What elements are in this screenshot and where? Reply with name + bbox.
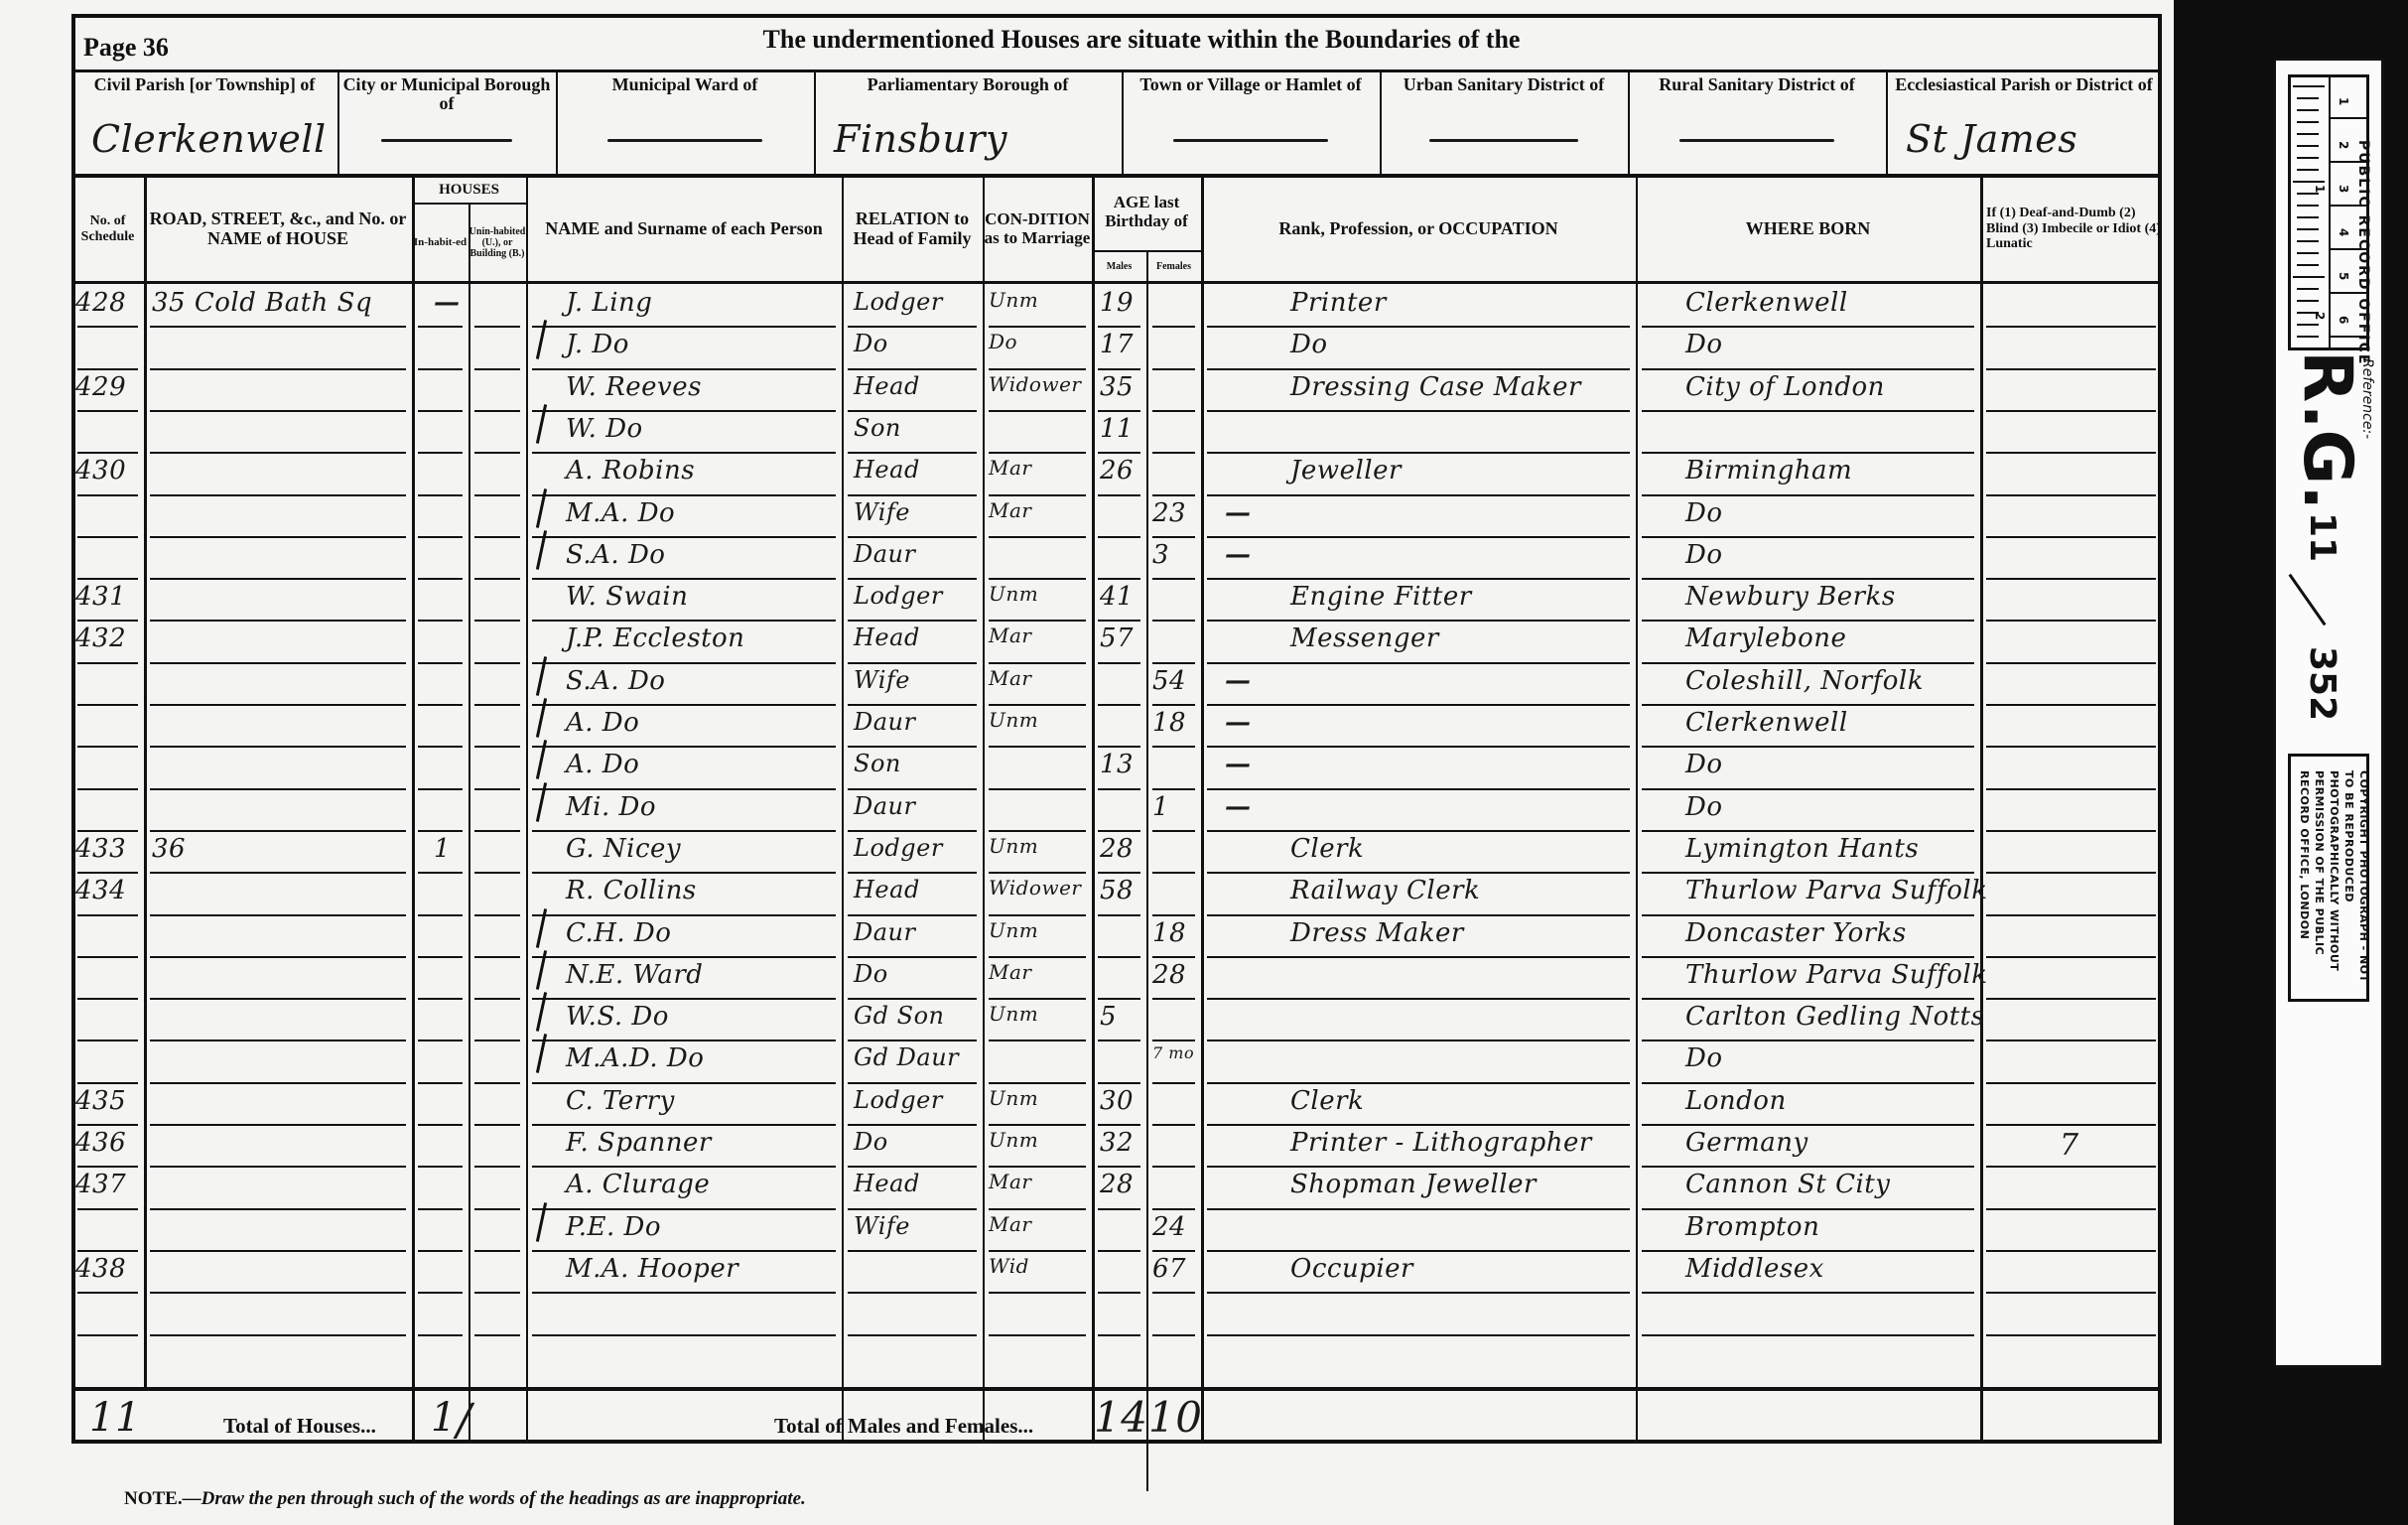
total-females: 10	[1148, 1393, 1202, 1442]
age-male: 26	[1100, 456, 1134, 485]
birthplace: Do	[1685, 1043, 1723, 1073]
occupation: —	[1225, 666, 1252, 696]
marital-condition: Mar	[989, 1170, 1031, 1193]
boundary-value: Finsbury	[834, 117, 1007, 161]
page-title: The undermentioned Houses are situate wi…	[735, 26, 1548, 53]
occupation: Railway Clerk	[1290, 876, 1480, 905]
relation-to-head: Do	[854, 1128, 888, 1156]
office-name: PUBLIC RECORD OFFICE	[2355, 140, 2371, 365]
divider	[814, 71, 816, 175]
person-name: M.A. Hooper	[566, 1254, 738, 1284]
relation-to-head: Son	[854, 750, 901, 777]
marital-condition: Mar	[989, 666, 1031, 690]
ruler-inch-label: 1	[2313, 185, 2327, 193]
relation-to-head: Head	[854, 624, 920, 651]
header-infirmity: If (1) Deaf-and-Dumb (2) Blind (3) Imbec…	[1980, 177, 2162, 281]
boundary-value: —	[381, 139, 512, 142]
marital-condition: Mar	[989, 456, 1031, 480]
marital-condition: Unm	[989, 1086, 1038, 1110]
header-females: Females	[1146, 252, 1201, 280]
boundary-label: Civil Parish [or Township] of	[75, 75, 334, 94]
header-age: AGE last Birthday of	[1092, 177, 1201, 248]
birthplace: London	[1685, 1086, 1787, 1116]
person-name: C.H. Do	[566, 918, 671, 948]
person-name: J. Ling	[566, 288, 652, 318]
age-female: 28	[1152, 960, 1186, 990]
marital-condition: Unm	[989, 582, 1038, 606]
relation-to-head: Head	[854, 372, 920, 400]
marital-condition: Unm	[989, 1128, 1038, 1152]
person-name: A. Clurage	[566, 1170, 710, 1199]
occupation: Occupier	[1290, 1254, 1413, 1284]
divider	[337, 71, 339, 175]
schedule-number: 429	[75, 372, 126, 402]
boundary-value: —	[1173, 139, 1328, 142]
boundary-value: —	[607, 139, 762, 142]
age-male: 41	[1100, 582, 1134, 612]
divider	[1380, 71, 1382, 175]
occupation: Dress Maker	[1290, 918, 1464, 948]
boundary-value: St James	[1906, 117, 2077, 161]
birthplace: Newbury Berks	[1685, 582, 1896, 612]
ruler-tick	[2297, 145, 2319, 147]
schedule-number: 431	[75, 582, 126, 612]
page-label: Page 36	[83, 34, 169, 61]
ruler-tick	[2297, 157, 2319, 159]
age-male: 19	[1100, 288, 1134, 318]
divider	[1122, 71, 1124, 175]
relation-to-head: Gd Daur	[854, 1043, 959, 1071]
person-name: W. Swain	[566, 582, 688, 612]
schedule-number: 430	[75, 456, 126, 485]
relation-to-head: Daur	[854, 792, 915, 820]
inhabited-mark: —	[434, 288, 461, 318]
birthplace: Do	[1685, 330, 1723, 359]
birthplace: Thurlow Parva Suffolk	[1685, 960, 1988, 990]
person-name: S.A. Do	[566, 666, 665, 696]
marital-condition: Unm	[989, 1002, 1038, 1026]
birthplace: Middlesex	[1685, 1254, 1824, 1284]
relation-to-head: Son	[854, 414, 901, 442]
header-relation: RELATION to Head of Family	[842, 177, 983, 281]
ruler-tick	[2297, 216, 2319, 218]
divider	[556, 71, 558, 175]
relation-to-head: Wife	[854, 498, 910, 526]
occupation: Clerk	[1290, 834, 1364, 864]
birthplace: Do	[1685, 498, 1723, 528]
header-males: Males	[1092, 252, 1146, 280]
person-name: Mi. Do	[566, 792, 656, 822]
ruler-inch-label: 2	[2313, 312, 2327, 320]
header-name: NAME and Surname of each Person	[526, 177, 842, 281]
header-condition: CON-DITION as to Marriage	[983, 177, 1092, 281]
ruler-tick	[2297, 97, 2319, 99]
ruler-cm-label: 4	[2337, 228, 2350, 236]
age-male: 17	[1100, 330, 1134, 359]
schedule-number: 435	[75, 1086, 126, 1116]
schedule-number: 428	[75, 288, 126, 318]
age-female: 3	[1152, 540, 1169, 570]
divider	[1886, 71, 1888, 175]
age-male: 28	[1100, 834, 1134, 864]
ruler-tick	[2297, 133, 2319, 135]
birthplace: Germany	[1685, 1128, 1808, 1158]
ruler-tick	[2297, 109, 2319, 111]
schedules-count: 11	[89, 1395, 141, 1441]
birthplace: Thurlow Parva Suffolk	[1685, 876, 1988, 905]
age-male: 30	[1100, 1086, 1134, 1116]
occupation: —	[1225, 540, 1252, 570]
occupation: —	[1225, 498, 1252, 528]
marital-condition: Unm	[989, 288, 1038, 312]
copyright-text: COPYRIGHT PHOTOGRAPH - NOT TO BE REPRODU…	[2297, 770, 2371, 989]
relation-to-head: Do	[854, 960, 888, 988]
ruler-tick	[2297, 205, 2319, 207]
marital-condition: Mar	[989, 1212, 1031, 1236]
occupation: —	[1225, 750, 1252, 779]
divider	[71, 69, 2162, 72]
table-row	[71, 1040, 2162, 1081]
ruler-tick	[2293, 85, 2325, 87]
person-name: N.E. Ward	[566, 960, 703, 990]
ruler-tick	[2297, 300, 2319, 302]
marital-condition: Unm	[989, 708, 1038, 732]
person-name: G. Nicey	[566, 834, 681, 864]
infirmity-mark: 7	[2060, 1128, 2079, 1163]
marital-condition: Unm	[989, 834, 1038, 858]
age-male: 35	[1100, 372, 1134, 402]
total-males: 14	[1094, 1393, 1147, 1442]
birthplace: Birmingham	[1685, 456, 1852, 485]
reference-folio: 352	[2302, 646, 2342, 721]
total-houses-inhabited: 1	[431, 1395, 457, 1441]
age-male: 13	[1100, 750, 1134, 779]
ruler-tick	[2297, 240, 2319, 242]
person-name: A. Do	[566, 708, 639, 738]
slash-mark	[2288, 574, 2326, 626]
marital-condition: Unm	[989, 918, 1038, 942]
person-name: J.P. Eccleston	[566, 624, 744, 653]
occupation: Do	[1290, 330, 1328, 359]
marital-condition: Widower	[989, 372, 1081, 396]
boundary-label: Municipal Ward of	[560, 75, 810, 94]
person-name: C. Terry	[566, 1086, 675, 1116]
relation-to-head: Head	[854, 876, 920, 903]
person-name: F. Spanner	[566, 1128, 712, 1158]
person-name: S.A. Do	[566, 540, 665, 570]
boundary-label: Rural Sanitary District of	[1632, 75, 1882, 94]
table-row	[71, 788, 2162, 830]
relation-to-head: Daur	[854, 540, 915, 568]
header-road: ROAD, STREET, &c., and No. or NAME of HO…	[144, 177, 412, 281]
schedule-number: 434	[75, 876, 126, 905]
footnote-text: Draw the pen through such of the words o…	[201, 1488, 806, 1509]
relation-to-head: Daur	[854, 708, 915, 736]
relation-to-head: Lodger	[854, 1086, 943, 1114]
age-female: 54	[1152, 666, 1186, 696]
birthplace: Doncaster Yorks	[1685, 918, 1907, 948]
ruler-tick	[2293, 276, 2325, 278]
person-name: M.A. Do	[566, 498, 675, 528]
divider	[71, 1387, 2162, 1391]
relation-to-head: Daur	[854, 918, 915, 946]
marital-condition: Do	[989, 330, 1017, 353]
boundary-value: —	[1429, 139, 1578, 142]
table-row	[71, 536, 2162, 578]
ruler-tick	[2297, 288, 2319, 290]
age-female: 24	[1152, 1212, 1186, 1242]
person-name: M.A.D. Do	[566, 1043, 704, 1073]
ruler-tick	[2297, 228, 2319, 230]
occupation: —	[1225, 708, 1252, 738]
relation-to-head: Head	[854, 1170, 920, 1197]
age-female: 1	[1152, 792, 1169, 822]
person-name: A. Do	[566, 750, 639, 779]
header-schedule: No. of Schedule	[71, 177, 144, 281]
occupation: Shopman Jeweller	[1290, 1170, 1537, 1199]
occupation: Printer - Lithographer	[1290, 1128, 1592, 1158]
age-female: 23	[1152, 498, 1186, 528]
person-name: J. Do	[566, 330, 629, 359]
marital-condition: Wid	[989, 1254, 1029, 1278]
table-row	[71, 704, 2162, 746]
occupation: Dressing Case Maker	[1290, 372, 1581, 402]
age-male: 32	[1100, 1128, 1134, 1158]
age-female: 18	[1152, 918, 1186, 948]
ruler-tick	[2297, 169, 2319, 171]
total-persons-label: Total of Males and Females...	[774, 1415, 1033, 1437]
relation-to-head: Do	[854, 330, 888, 357]
schedule-number: 437	[75, 1170, 126, 1199]
person-name: P.E. Do	[566, 1212, 661, 1242]
ruler-cm-label: 3	[2337, 185, 2350, 193]
table-row	[71, 1250, 2162, 1292]
ruler-cm-label: 6	[2337, 316, 2350, 324]
person-name: A. Robins	[566, 456, 695, 485]
header-uninhabited: Unin-habited (U.), or Building (B.)	[468, 205, 526, 280]
boundary-value: —	[1679, 139, 1834, 142]
header-houses: HOUSES	[412, 177, 526, 203]
boundary-value: Clerkenwell	[91, 117, 327, 161]
birthplace: Cannon St City	[1685, 1170, 1890, 1199]
total-houses-label: Total of Houses...	[223, 1415, 376, 1437]
table-row	[71, 1208, 2162, 1250]
relation-to-head: Lodger	[854, 288, 943, 316]
boundary-label: Ecclesiastical Parish or District of	[1890, 75, 2158, 94]
age-female: 7 mo	[1152, 1043, 1194, 1062]
age-female: 18	[1152, 708, 1186, 738]
footnote-prefix: NOTE.—	[124, 1488, 201, 1509]
inhabited-mark: 1	[434, 834, 451, 864]
relation-to-head: Wife	[854, 1212, 910, 1240]
age-male: 58	[1100, 876, 1134, 905]
schedule-number: 433	[75, 834, 126, 864]
birthplace: Lymington Hants	[1685, 834, 1919, 864]
person-name: W.S. Do	[566, 1002, 669, 1032]
occupation: Clerk	[1290, 1086, 1364, 1116]
age-male: 28	[1100, 1170, 1134, 1199]
marital-condition: Widower	[989, 876, 1081, 900]
occupation: Engine Fitter	[1290, 582, 1472, 612]
table-row	[71, 494, 2162, 536]
header-where-born: WHERE BORN	[1636, 177, 1980, 281]
age-male: 5	[1100, 1002, 1117, 1032]
occupation: Messenger	[1290, 624, 1439, 653]
header-occupation: Rank, Profession, or OCCUPATION	[1201, 177, 1636, 281]
occupation: —	[1225, 792, 1252, 822]
boundary-label: Town or Village or Hamlet of	[1126, 75, 1376, 94]
birthplace: Brompton	[1685, 1212, 1819, 1242]
ruler-tick	[2297, 324, 2319, 326]
ruler-cm-label: 1	[2337, 97, 2350, 105]
header-inhabited: In-habit-ed	[412, 205, 468, 280]
footnote: NOTE.—Draw the pen through such of the w…	[124, 1489, 806, 1509]
reference-piece: 11	[2302, 512, 2342, 562]
age-male: 11	[1100, 414, 1134, 444]
archive-label: 12345612 PUBLIC RECORD OFFICE Reference:…	[2273, 58, 2384, 1368]
ruler-tick	[2297, 264, 2319, 266]
relation-to-head: Head	[854, 456, 920, 484]
copyright-box: COPYRIGHT PHOTOGRAPH - NOT TO BE REPRODU…	[2288, 754, 2369, 1002]
birthplace: Clerkenwell	[1685, 288, 1848, 318]
schedule-number: 436	[75, 1128, 126, 1158]
birthplace: Coleshill, Norfolk	[1685, 666, 1924, 696]
reference-series: R.G.	[2288, 350, 2366, 510]
birthplace: Do	[1685, 750, 1723, 779]
relation-to-head: Wife	[854, 666, 910, 694]
occupation: Printer	[1290, 288, 1387, 318]
age-female: 67	[1152, 1254, 1186, 1284]
total-houses-uninhabited: /	[457, 1395, 471, 1446]
schedule-number: 438	[75, 1254, 126, 1284]
marital-condition: Mar	[989, 624, 1031, 647]
person-name: W. Do	[566, 414, 643, 444]
boundary-label: Parliamentary Borough of	[818, 75, 1118, 94]
boundary-label: City or Municipal Borough of	[341, 75, 552, 113]
ruler-tick	[2297, 336, 2319, 338]
road-address: 36	[152, 834, 186, 864]
ruler-cm-label: 5	[2337, 272, 2350, 280]
birthplace: Do	[1685, 540, 1723, 570]
ruler-cm-label: 2	[2337, 141, 2350, 149]
person-name: R. Collins	[566, 876, 697, 905]
birthplace: Do	[1685, 792, 1723, 822]
relation-to-head: Lodger	[854, 834, 943, 862]
relation-to-head: Lodger	[854, 582, 943, 610]
relation-to-head: Gd Son	[854, 1002, 945, 1030]
birthplace: Marylebone	[1685, 624, 1846, 653]
schedule-number: 432	[75, 624, 126, 653]
boundary-label: Urban Sanitary District of	[1384, 75, 1624, 94]
person-name: W. Reeves	[566, 372, 702, 402]
marital-condition: Mar	[989, 960, 1031, 984]
birthplace: City of London	[1685, 372, 1885, 402]
age-male: 57	[1100, 624, 1134, 653]
marital-condition: Mar	[989, 498, 1031, 522]
ruler-tick	[2297, 252, 2319, 254]
road-address: 35 Cold Bath Sq	[152, 288, 372, 318]
birthplace: Carlton Gedling Notts	[1685, 1002, 1984, 1032]
occupation: Jeweller	[1290, 456, 1402, 485]
ruler-tick	[2293, 181, 2325, 183]
birthplace: Clerkenwell	[1685, 708, 1848, 738]
divider	[1628, 71, 1630, 175]
ruler-tick	[2297, 121, 2319, 123]
